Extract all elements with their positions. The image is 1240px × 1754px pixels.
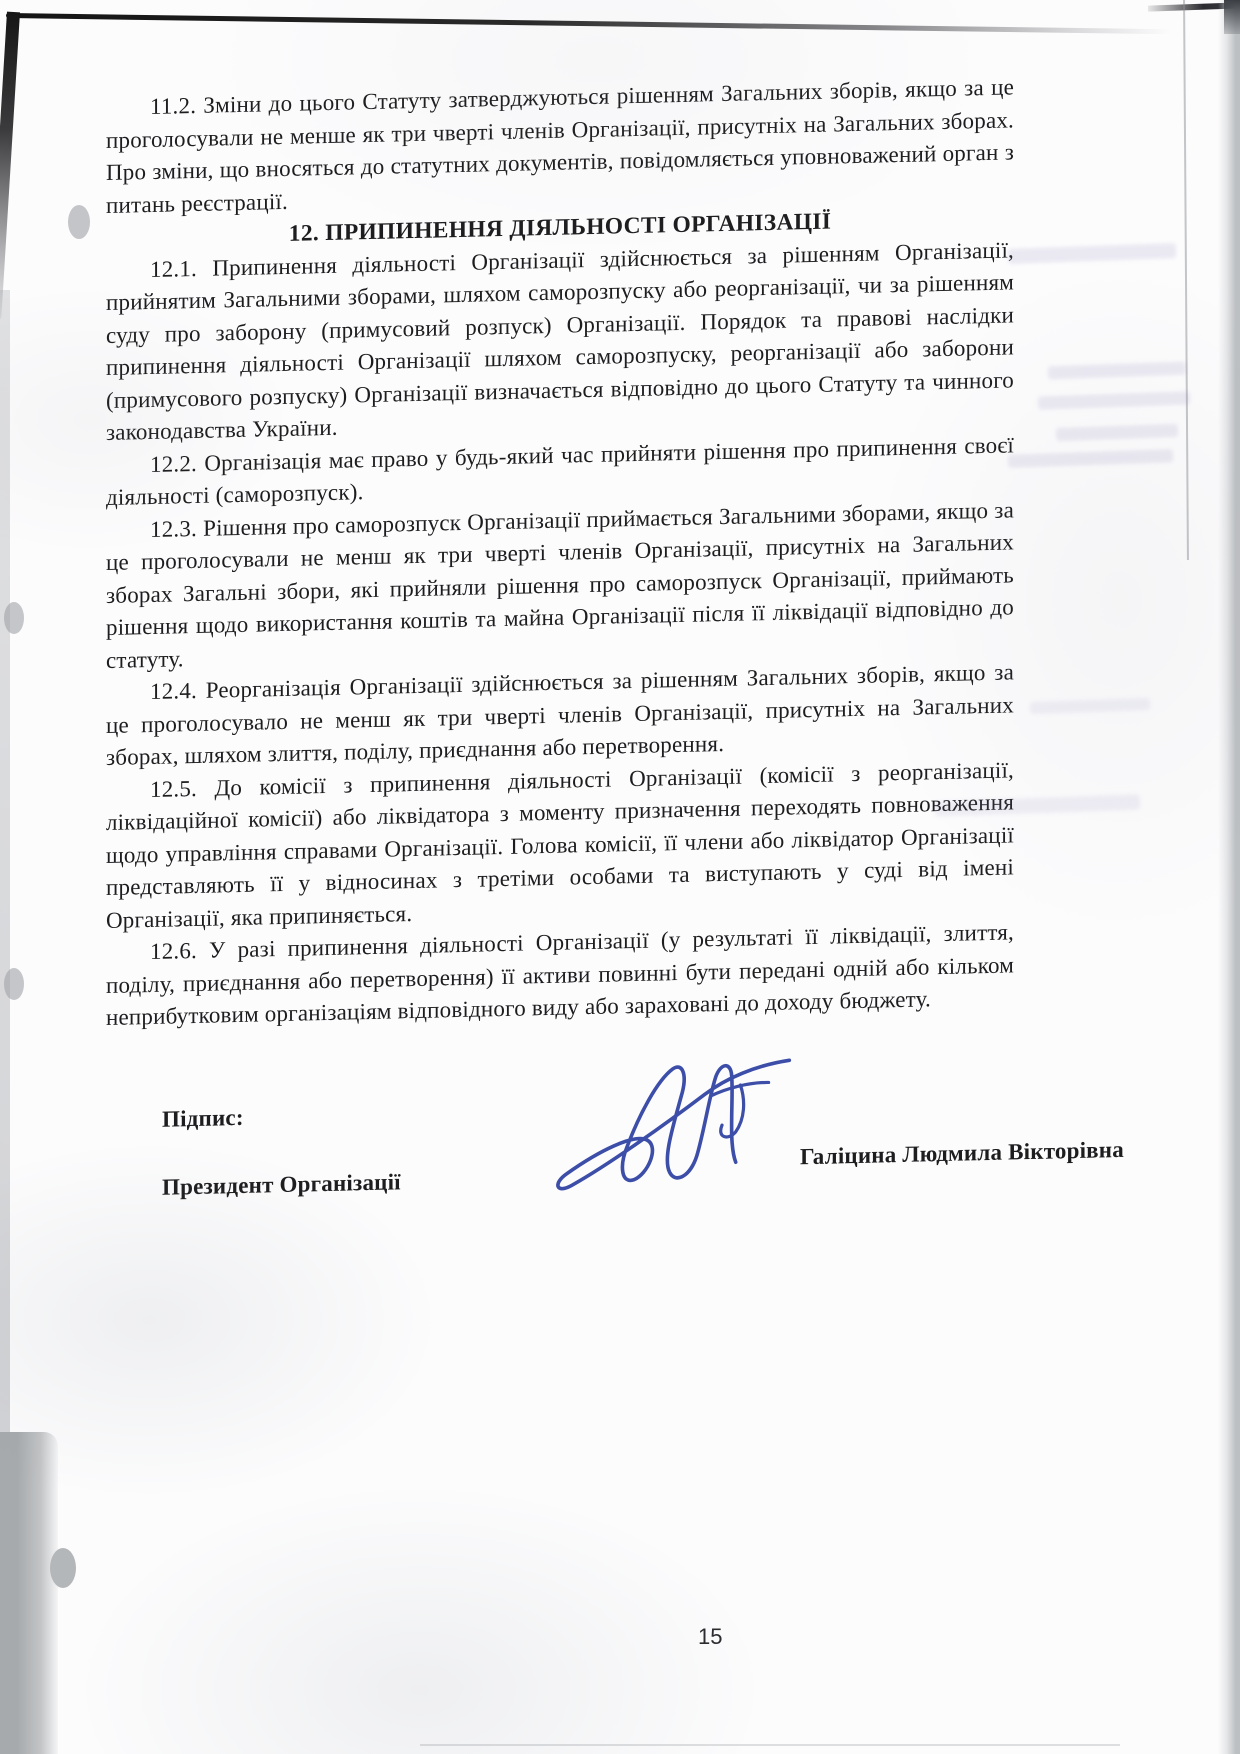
bleed-through-artifact [1038, 391, 1190, 409]
scan-fold-line-right [1183, 0, 1189, 560]
bleed-through-artifact [1048, 362, 1186, 380]
page-number: 15 [698, 1624, 722, 1650]
binder-hole-lower-mid [4, 968, 24, 1000]
bleed-through-artifact [1008, 243, 1176, 264]
bleed-through-artifact [1056, 424, 1178, 441]
scan-edge-left-mid [0, 290, 10, 1460]
scan-edge-right-corner [1224, 0, 1240, 34]
paragraph-12-5: 12.5. До комісії з припинення діяльності… [106, 754, 1014, 937]
bleed-through-artifact [1008, 449, 1173, 468]
handwritten-signature [530, 1038, 803, 1230]
paragraph-11-2: 11.2. Зміни до цього Статуту затверджуют… [106, 71, 1014, 222]
document-body: 11.2. Зміни до цього Статуту затверджуют… [106, 71, 1014, 1334]
scan-edge-top [6, 13, 1171, 34]
binder-hole-upper-mid [4, 602, 24, 634]
paragraph-12-1: 12.1. Припинення діяльності Організації … [106, 234, 1014, 450]
paragraph-12-6: 12.6. У разі припинення діяльності Орган… [106, 916, 1014, 1034]
scan-edge-left-top [0, 12, 20, 322]
bleed-through-artifact [1030, 698, 1150, 714]
binder-hole-bottom [50, 1548, 76, 1588]
signatory-name: Галіцина Людмила Вікторівна [800, 1133, 1124, 1173]
binder-hole-top [68, 205, 90, 239]
scan-edge-left-bottom [0, 1432, 58, 1754]
signatory-role: Президент Організації [162, 1166, 401, 1204]
scan-edge-right [1218, 0, 1240, 1754]
scanned-document-page: 11.2. Зміни до цього Статуту затверджуют… [0, 0, 1240, 1754]
signature-label: Підпис: [162, 1101, 244, 1135]
paragraph-12-3: 12.3. Рішення про саморозпуск Організаці… [106, 494, 1014, 677]
signature-block: Підпис: Президент Організації Галіцина Л… [106, 1084, 1014, 1335]
scan-edge-bottom [420, 1744, 1120, 1746]
